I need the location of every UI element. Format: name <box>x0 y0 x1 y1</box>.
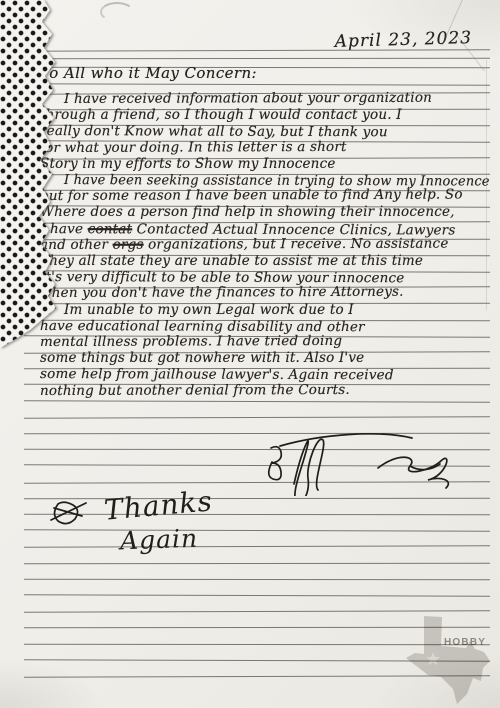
signature-scribble <box>260 426 465 496</box>
ruled-line <box>24 58 490 59</box>
ruled-line <box>24 610 490 612</box>
paper-smudge <box>100 2 134 22</box>
ruled-line <box>24 562 490 563</box>
ruled-line <box>24 579 490 580</box>
letter-line: but for some reason I have been unable t… <box>40 187 463 204</box>
ruled-line <box>24 514 490 515</box>
letter-line: I have received information about your o… <box>64 90 432 107</box>
letter-line: mental illness problems. I have tried do… <box>40 333 342 350</box>
ruled-line <box>24 594 490 596</box>
thanks-text: Thanks <box>103 484 214 526</box>
letter-line: nothing but another denial from the Cour… <box>40 382 350 399</box>
letter-line: Where does a person find help in showing… <box>40 204 455 220</box>
ruled-line <box>24 546 490 548</box>
letter-line: Im unable to my own Legal work due to I <box>64 302 354 318</box>
edge-crease <box>486 60 487 310</box>
ruled-line <box>24 498 490 499</box>
letter-line: for what your doing. In this letter is a… <box>40 139 347 156</box>
ruled-line <box>24 83 490 85</box>
again-text: Again <box>120 524 199 556</box>
ruled-line <box>24 416 490 418</box>
ruled-line <box>24 400 490 402</box>
letter-line: through a friend, so I though I would co… <box>40 107 402 123</box>
ruled-line <box>24 49 490 51</box>
texas-watermark: HOBBY <box>400 614 492 706</box>
letter-line: Story in my efforts to Show my Innocence <box>40 156 336 172</box>
scanned-letter-page: HOBBY April 23, 2023 To All who it May C… <box>0 0 500 708</box>
letter-line: when you don't have the finances to hire… <box>40 284 404 301</box>
crossed-out-mark <box>48 498 90 530</box>
letter-line: and other orgs organizations, but I rece… <box>40 235 449 252</box>
letter-line: They all state they are unable to assist… <box>40 253 423 269</box>
date-text: April 23, 2023 <box>334 28 472 52</box>
watermark-hobby-text: HOBBY <box>444 637 486 648</box>
salutation-text: To All who it May Concern: <box>40 64 257 82</box>
struck-word: contat <box>88 221 133 237</box>
struck-word: orgs <box>113 236 144 252</box>
letter-line: some things but got nowhere with it. Als… <box>40 350 364 366</box>
torn-edge <box>0 0 64 348</box>
watermark-oval <box>436 656 458 665</box>
ruled-line <box>24 529 490 531</box>
